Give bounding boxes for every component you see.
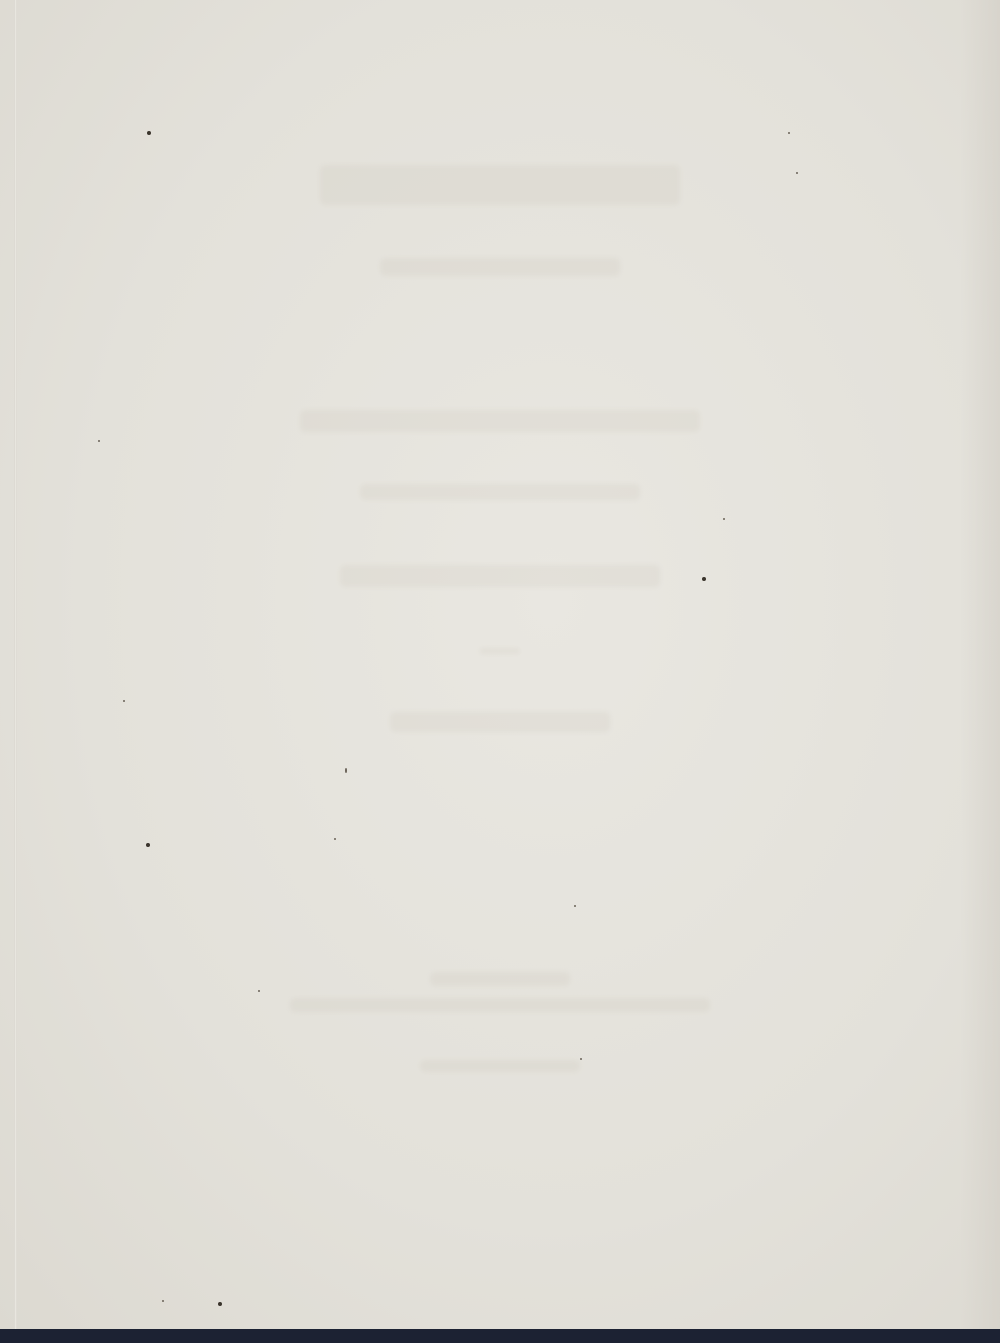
paper-speck (147, 131, 151, 135)
paper-speck (702, 577, 706, 581)
paper-speck (98, 440, 100, 442)
paper-speck (146, 843, 150, 847)
paper-speck (345, 768, 347, 773)
paper-speck (258, 990, 260, 992)
scan-background-bottom-edge (0, 1329, 1000, 1343)
bleed-through-line (340, 565, 660, 587)
scanned-page (0, 0, 1000, 1332)
page-right-edge-shadow (960, 0, 1000, 1332)
paper-speck (218, 1302, 222, 1306)
paper-speck (580, 1058, 582, 1060)
bleed-through-title-block (320, 165, 680, 205)
bleed-through-imprint (430, 972, 570, 986)
paper-speck (788, 132, 790, 134)
bleed-through-imprint (420, 1060, 580, 1072)
bleed-through-rule (480, 648, 520, 654)
paper-speck (162, 1300, 164, 1302)
bleed-through-imprint (290, 998, 710, 1012)
bleed-through-line (300, 410, 700, 432)
bleed-through-line (360, 484, 640, 500)
paper-speck (723, 518, 725, 520)
paper-speck (334, 838, 336, 840)
paper-speck (796, 172, 798, 174)
paper-speck (574, 905, 576, 907)
paper-speck (123, 700, 125, 702)
bleed-through-subtitle-block (380, 258, 620, 276)
bleed-through-line (390, 712, 610, 732)
page-fold-line (14, 0, 17, 1332)
